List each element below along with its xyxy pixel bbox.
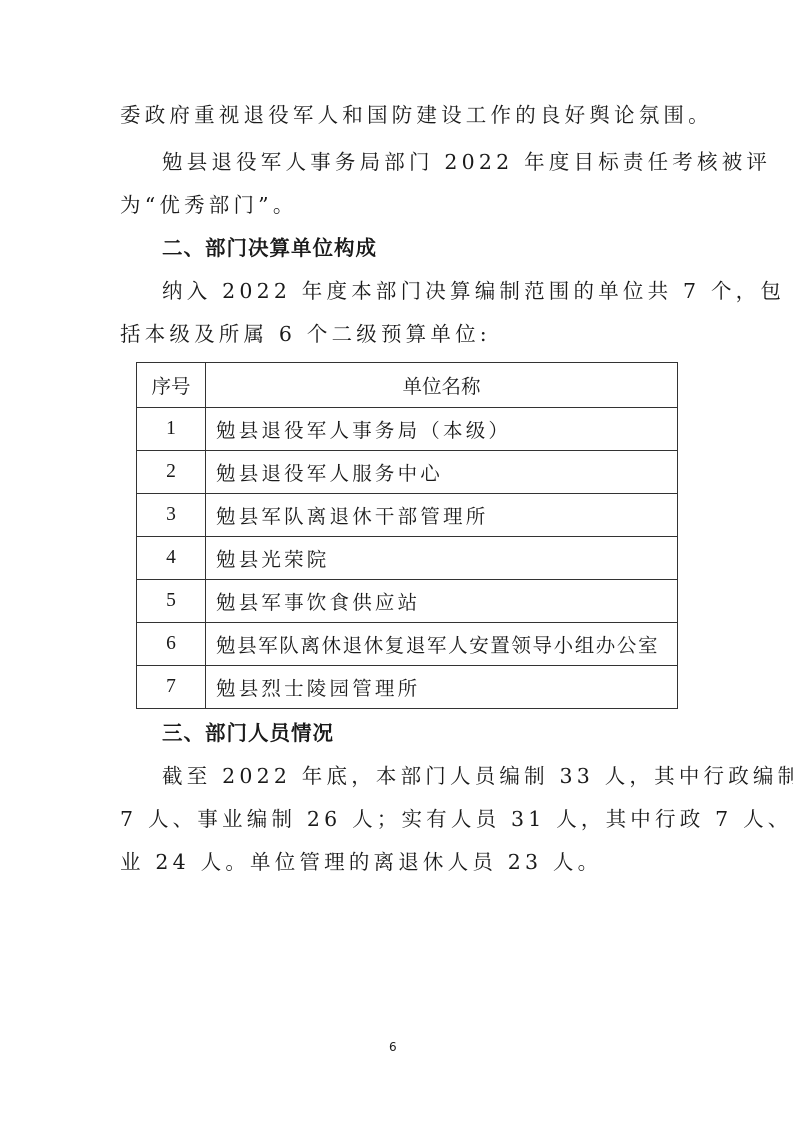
table-row: 7 勉县烈士陵园管理所 [137, 666, 678, 709]
row-unit-name: 勉县军队离退休干部管理所 [206, 494, 678, 537]
table-row: 5 勉县军事饮食供应站 [137, 580, 678, 623]
units-table: 序号 单位名称 1 勉县退役军人事务局（本级） 2 勉县退役军人服务中心 3 勉… [136, 362, 678, 709]
section-heading: 三、部门人员情况 [162, 719, 334, 747]
row-index: 4 [137, 537, 206, 580]
paragraph-line: 截至 2022 年底，本部门人员编制 33 人，其中行政编制 [162, 762, 793, 790]
row-index: 2 [137, 451, 206, 494]
table-row: 1 勉县退役军人事务局（本级） [137, 408, 678, 451]
row-unit-name: 勉县军事饮食供应站 [206, 580, 678, 623]
column-header-index: 序号 [137, 363, 206, 408]
page-number: 6 [389, 1040, 397, 1054]
table-row: 4 勉县光荣院 [137, 537, 678, 580]
row-unit-name: 勉县退役军人事务局（本级） [206, 408, 678, 451]
paragraph-line: 7 人、事业编制 26 人；实有人员 31 人，其中行政 7 人、事 [120, 805, 793, 833]
row-index: 3 [137, 494, 206, 537]
paragraph-line: 委政府重视退役军人和国防建设工作的良好舆论氛围。 [120, 101, 713, 129]
paragraph-line: 勉县退役军人事务局部门 2022 年度目标责任考核被评 [162, 148, 771, 176]
row-unit-name: 勉县光荣院 [206, 537, 678, 580]
row-index: 6 [137, 623, 206, 666]
paragraph-line: 业 24 人。单位管理的离退休人员 23 人。 [120, 848, 602, 876]
paragraph-line: 括本级及所属 6 个二级预算单位: [120, 320, 491, 348]
paragraph-line: 纳入 2022 年度本部门决算编制范围的单位共 7 个，包 [162, 277, 785, 305]
row-unit-name: 勉县退役军人服务中心 [206, 451, 678, 494]
section-heading: 二、部门决算单位构成 [162, 234, 377, 262]
table-row: 6 勉县军队离休退休复退军人安置领导小组办公室 [137, 623, 678, 666]
paragraph-line: 为“优秀部门”。 [120, 191, 298, 219]
table-row: 2 勉县退役军人服务中心 [137, 451, 678, 494]
row-index: 1 [137, 408, 206, 451]
row-index: 7 [137, 666, 206, 709]
row-unit-name: 勉县军队离休退休复退军人安置领导小组办公室 [206, 623, 678, 666]
table-header-row: 序号 单位名称 [137, 363, 678, 408]
row-unit-name: 勉县烈士陵园管理所 [206, 666, 678, 709]
table-row: 3 勉县军队离退休干部管理所 [137, 494, 678, 537]
column-header-unit-name: 单位名称 [206, 363, 678, 408]
row-index: 5 [137, 580, 206, 623]
